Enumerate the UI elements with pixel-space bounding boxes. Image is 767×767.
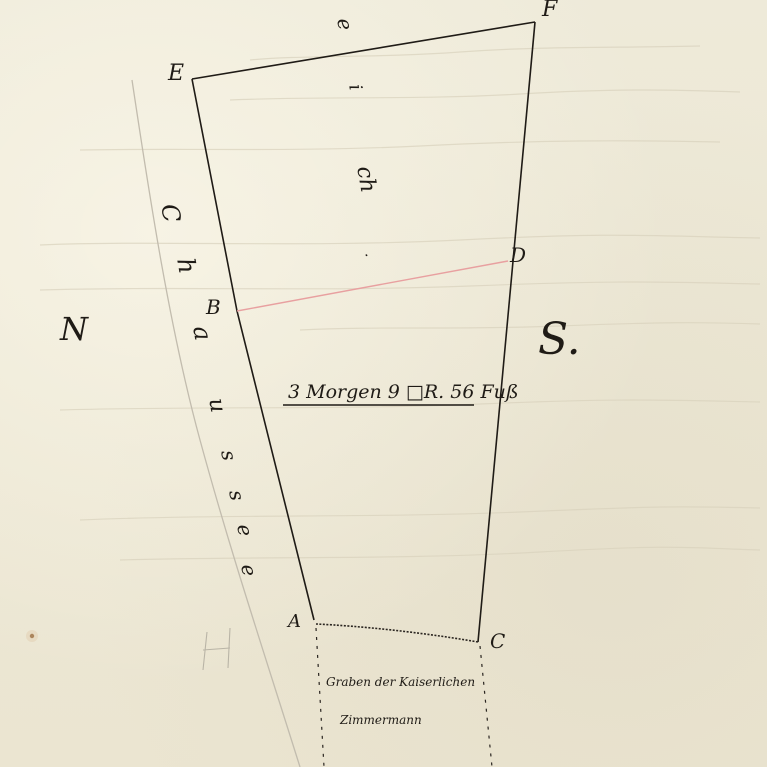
- pencil-bracket-mark: [203, 628, 230, 670]
- compass-north: N: [59, 310, 89, 348]
- svg-text:h: h: [171, 256, 201, 276]
- road-label-chaussee: C h a u s s e e: [155, 202, 262, 578]
- area-label: 3 Morgen 9 □R. 56 Fuß: [288, 381, 519, 403]
- parcel-outline: [192, 22, 535, 642]
- svg-text:a: a: [187, 324, 217, 343]
- vertex-label-B: B: [205, 295, 221, 319]
- svg-text:s: s: [216, 448, 241, 462]
- bleed-through-text: [40, 46, 760, 560]
- survey-plot: E F B D A C N S. 3 Morgen 9 □R. 56 Fuß C…: [0, 0, 767, 767]
- svg-text:ch: ch: [351, 164, 380, 194]
- ditch-lines: [316, 628, 492, 767]
- paper-stain: [26, 630, 38, 642]
- compass-south: S.: [538, 314, 581, 365]
- svg-text:.: .: [361, 251, 378, 258]
- boundary-E-B-A: [192, 79, 314, 620]
- vertex-label-E: E: [167, 61, 184, 86]
- dotted-boundary-A-C: [316, 624, 478, 642]
- pencil-road-edge: [132, 80, 300, 767]
- svg-text:u: u: [203, 396, 230, 414]
- svg-text:e: e: [236, 562, 262, 578]
- svg-text:e: e: [232, 522, 258, 538]
- vertex-label-A: A: [286, 611, 301, 632]
- boundary-F-C: [478, 22, 535, 642]
- vertex-label-C: C: [490, 629, 505, 653]
- vertex-label-F: F: [541, 0, 558, 22]
- svg-text:s: s: [224, 488, 249, 502]
- vertex-label-D: D: [509, 243, 526, 267]
- svg-text:C: C: [155, 202, 186, 225]
- ditch-label-line1: Graben der Kaiserlichen: [326, 675, 475, 689]
- svg-text:e: e: [332, 16, 358, 32]
- ditch-label-line2: Zimmermann: [339, 713, 422, 727]
- svg-text:i: i: [344, 83, 366, 92]
